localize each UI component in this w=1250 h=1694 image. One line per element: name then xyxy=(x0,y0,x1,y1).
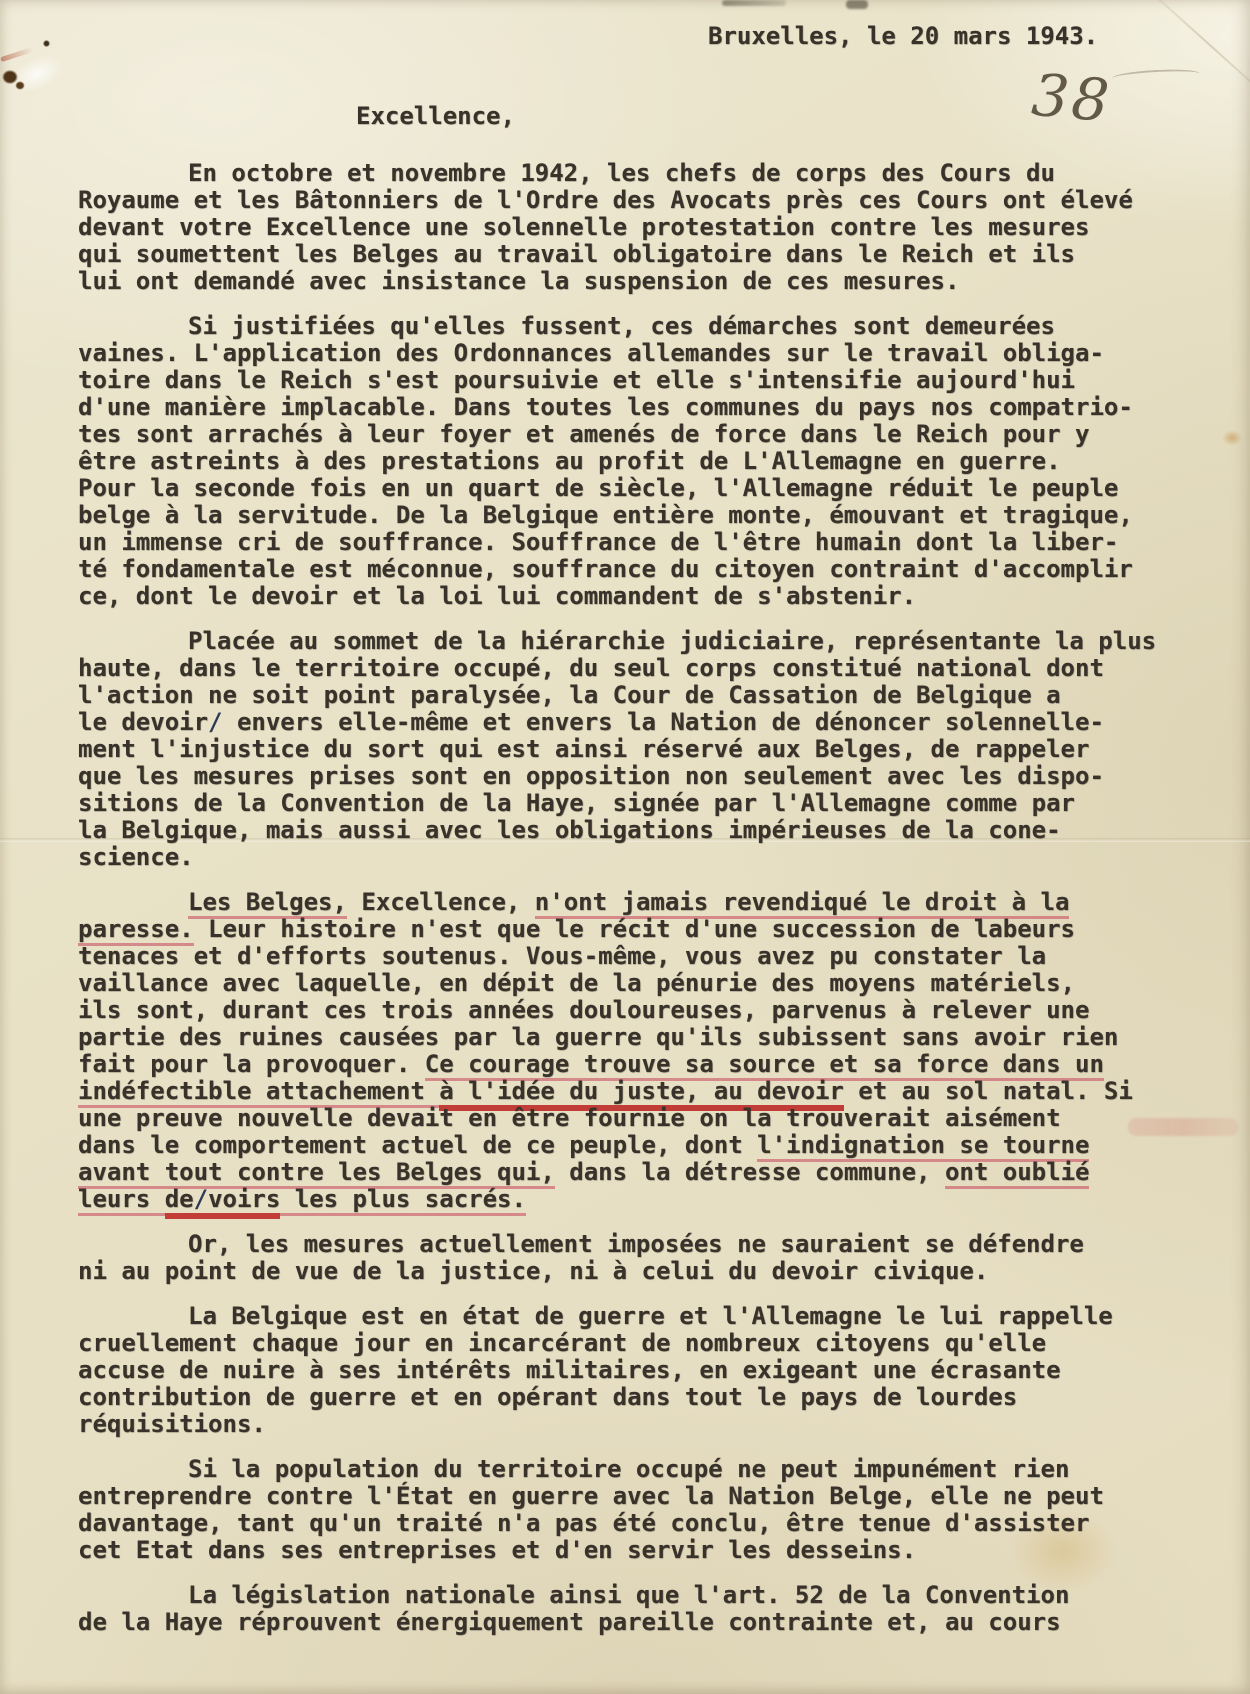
text-segment: belge à la servitude. De la Belgique ent… xyxy=(78,501,1133,529)
underlined-segment: de xyxy=(165,1185,194,1219)
letter-line: davantage, tant qu'un traité n'a pas été… xyxy=(78,1510,1178,1537)
letter-line: lui ont demandé avec insistance la suspe… xyxy=(78,268,1178,295)
letter-line: l'action ne soit point paralysée, la Cou… xyxy=(78,682,1178,709)
letter-paragraph: Si justifiées qu'elles fussent, ces déma… xyxy=(78,313,1178,610)
salutation: Excellence, xyxy=(356,102,515,130)
letter-line: que les mesures prises sont en oppositio… xyxy=(78,763,1178,790)
letter-line: dans le comportement actuel de ce peuple… xyxy=(78,1132,1178,1159)
text-segment: partie des ruines causées par la guerre … xyxy=(78,1023,1118,1051)
letter-line: ce, dont le devoir et la loi lui command… xyxy=(78,583,1178,610)
pen-mark: ∕ xyxy=(194,1185,208,1219)
letter-line: entreprendre contre l'État en guerre ave… xyxy=(78,1483,1178,1510)
text-segment: ils sont, durant ces trois années doulou… xyxy=(78,996,1089,1024)
text-segment: Royaume et les Bâtonniers de l'Ordre des… xyxy=(78,186,1133,214)
stain xyxy=(6,48,68,100)
text-segment: En octobre et novembre 1942, les chefs d… xyxy=(188,159,1055,187)
text-segment: Placée au sommet de la hiérarchie judici… xyxy=(188,627,1156,655)
letter-line: le devoir∕ envers elle-même et envers la… xyxy=(78,709,1178,736)
text-segment: toire dans le Reich s'est poursuivie et … xyxy=(78,366,1075,394)
text-segment: une preuve nouvelle devait en être fourn… xyxy=(78,1104,1061,1132)
letter-line: Pour la seconde fois en un quart de sièc… xyxy=(78,475,1178,502)
letter-line: Les Belges, Excellence, n'ont jamais rev… xyxy=(78,889,1178,916)
letter-line: contribution de guerre et en opérant dan… xyxy=(78,1384,1178,1411)
text-segment: haute, dans le territoire occupé, du seu… xyxy=(78,654,1104,682)
letter-line: ni au point de vue de la justice, ni à c… xyxy=(78,1258,1178,1285)
text-segment: et au sol natal. Si xyxy=(844,1077,1133,1105)
text-segment: contribution de guerre et en opérant dan… xyxy=(78,1383,1017,1411)
stain xyxy=(43,40,50,47)
text-segment: fait pour la provoquer. xyxy=(78,1050,425,1078)
letter-line: La Belgique est en état de guerre et l'A… xyxy=(78,1303,1178,1330)
text-segment: Si justifiées qu'elles fussent, ces déma… xyxy=(188,312,1055,340)
text-segment: d'une manière implacable. Dans toutes le… xyxy=(78,393,1133,421)
text-segment: tes sont arrachés à leur foyer et amenés… xyxy=(78,420,1089,448)
letter-line: devant votre Excellence une solennelle p… xyxy=(78,214,1178,241)
handwritten-page-number: 38 xyxy=(1029,61,1114,136)
text-segment: le devoir xyxy=(78,708,208,736)
letter-line: indéfectible attachement à l'idée du jus… xyxy=(78,1078,1178,1105)
underlined-segment: leurs xyxy=(78,1185,165,1216)
letter-line: Placée au sommet de la hiérarchie judici… xyxy=(78,628,1178,655)
letter-paragraph: Or, les mesures actuellement imposées ne… xyxy=(78,1231,1178,1285)
letter-line: ment l'injustice du sort qui est ainsi r… xyxy=(78,736,1178,763)
stain xyxy=(14,80,26,91)
letter-line: cet Etat dans ses entreprises et d'en se… xyxy=(78,1537,1178,1564)
text-segment: La Belgique est en état de guerre et l'A… xyxy=(188,1302,1113,1330)
text-segment: un immense cri de souffrance. Souffrance… xyxy=(78,528,1118,556)
text-segment: science. xyxy=(78,843,194,871)
corner-crease-line xyxy=(1127,0,1250,119)
text-segment: cruellement chaque jour en incarcérant d… xyxy=(78,1329,1046,1357)
letter-paragraph: En octobre et novembre 1942, les chefs d… xyxy=(78,160,1178,295)
text-segment: qui soumettent les Belges au travail obl… xyxy=(78,240,1075,268)
letter-line: sitions de la Convention de la Haye, sig… xyxy=(78,790,1178,817)
text-segment: réquisitions. xyxy=(78,1410,266,1438)
text-segment: Excellence, xyxy=(347,888,535,916)
text-segment: vaillance avec laquelle, en dépit de la … xyxy=(78,969,1075,997)
text-segment: Si la population du territoire occupé ne… xyxy=(188,1455,1069,1483)
letter-paragraph: Placée au sommet de la hiérarchie judici… xyxy=(78,628,1178,871)
letter-line: Si la population du territoire occupé ne… xyxy=(78,1456,1178,1483)
letter-line: belge à la servitude. De la Belgique ent… xyxy=(78,502,1178,529)
text-segment: sitions de la Convention de la Haye, sig… xyxy=(78,789,1075,817)
text-segment: lui ont demandé avec insistance la suspe… xyxy=(78,267,959,295)
stain xyxy=(846,0,868,9)
text-segment: vaines. L'application des Ordonnances al… xyxy=(78,339,1104,367)
underlined-segment: ont oublié xyxy=(945,1158,1090,1189)
letter-line: tes sont arrachés à leur foyer et amenés… xyxy=(78,421,1178,448)
text-segment: dans la détresse commune, xyxy=(555,1158,945,1186)
letter-line: té fondamentale est méconnue, souffrance… xyxy=(78,556,1178,583)
letter-paragraph: La législation nationale ainsi que l'art… xyxy=(78,1582,1178,1636)
letter-paragraph: Les Belges, Excellence, n'ont jamais rev… xyxy=(78,889,1178,1213)
stain xyxy=(722,0,786,6)
text-segment: ce, dont le devoir et la loi lui command… xyxy=(78,582,916,610)
letter-line: cruellement chaque jour en incarcérant d… xyxy=(78,1330,1178,1357)
letter-line: Si justifiées qu'elles fussent, ces déma… xyxy=(78,313,1178,340)
text-segment: être astreints à des prestations au prof… xyxy=(78,447,1061,475)
text-segment: ment l'injustice du sort qui est ainsi r… xyxy=(78,735,1089,763)
text-segment: l'action ne soit point paralysée, la Cou… xyxy=(78,681,1061,709)
letter-line: avant tout contre les Belges qui, dans l… xyxy=(78,1159,1178,1186)
text-segment: dans le comportement actuel de ce peuple… xyxy=(78,1131,757,1159)
letter-line: Or, les mesures actuellement imposées ne… xyxy=(78,1231,1178,1258)
underlined-segment: les plus sacrés. xyxy=(280,1185,526,1216)
letter-line: vaillance avec laquelle, en dépit de la … xyxy=(78,970,1178,997)
text-segment: Or, les mesures actuellement imposées ne… xyxy=(188,1230,1084,1258)
letter-line: ils sont, durant ces trois années doulou… xyxy=(78,997,1178,1024)
letter-line: réquisitions. xyxy=(78,1411,1178,1438)
letter-line: Royaume et les Bâtonniers de l'Ordre des… xyxy=(78,187,1178,214)
letter-line: partie des ruines causées par la guerre … xyxy=(78,1024,1178,1051)
letter-line: leurs de∕voirs les plus sacrés. xyxy=(78,1186,1178,1213)
letter-paragraph: Si la population du territoire occupé ne… xyxy=(78,1456,1178,1564)
letter-line: haute, dans le territoire occupé, du seu… xyxy=(78,655,1178,682)
letter-line: un immense cri de souffrance. Souffrance… xyxy=(78,529,1178,556)
letter-line: toire dans le Reich s'est poursuivie et … xyxy=(78,367,1178,394)
letter-line: La législation nationale ainsi que l'art… xyxy=(78,1582,1178,1609)
letter-line: qui soumettent les Belges au travail obl… xyxy=(78,241,1178,268)
letter-line: fait pour la provoquer. Ce courage trouv… xyxy=(78,1051,1178,1078)
text-segment: devant votre Excellence une solennelle p… xyxy=(78,213,1089,241)
text-segment: ni au point de vue de la justice, ni à c… xyxy=(78,1257,988,1285)
letter-body: En octobre et novembre 1942, les chefs d… xyxy=(78,160,1178,1654)
text-segment: de la Haye réprouvent énergiquement pare… xyxy=(78,1608,1061,1636)
letter-line: tenaces et d'efforts soutenus. Vous-même… xyxy=(78,943,1178,970)
pen-mark: ∕ xyxy=(208,708,222,736)
letter-line: une preuve nouvelle devait en être fourn… xyxy=(78,1105,1178,1132)
letter-line: la Belgique, mais aussi avec les obligat… xyxy=(78,817,1178,844)
stain xyxy=(0,47,34,62)
letter-line: vaines. L'application des Ordonnances al… xyxy=(78,340,1178,367)
letter-line: science. xyxy=(78,844,1178,871)
letter-line: être astreints à des prestations au prof… xyxy=(78,448,1178,475)
letter-line: d'une manière implacable. Dans toutes le… xyxy=(78,394,1178,421)
text-segment: Pour la seconde fois en un quart de sièc… xyxy=(78,474,1118,502)
stain xyxy=(0,68,20,86)
letter-line: paresse. Leur histoire n'est que le réci… xyxy=(78,916,1178,943)
text-segment: Leur histoire n'est que le récit d'une s… xyxy=(194,915,1075,943)
dateline: Bruxelles, le 20 mars 1943. xyxy=(708,22,1098,50)
letter-line: accuse de nuire à ses intérêts militaire… xyxy=(78,1357,1178,1384)
text-segment: té fondamentale est méconnue, souffrance… xyxy=(78,555,1133,583)
letter-sheet: Bruxelles, le 20 mars 1943. 38 Excellenc… xyxy=(0,0,1250,1694)
letter-line: de la Haye réprouvent énergiquement pare… xyxy=(78,1609,1178,1636)
text-segment: tenaces et d'efforts soutenus. Vous-même… xyxy=(78,942,1046,970)
text-segment: La législation nationale ainsi que l'art… xyxy=(188,1581,1069,1609)
text-segment: cet Etat dans ses entreprises et d'en se… xyxy=(78,1536,916,1564)
text-segment: que les mesures prises sont en oppositio… xyxy=(78,762,1104,790)
text-segment: davantage, tant qu'un traité n'a pas été… xyxy=(78,1509,1089,1537)
text-segment: la Belgique, mais aussi avec les obligat… xyxy=(78,816,1061,844)
text-segment: envers elle-même et envers la Nation de … xyxy=(223,708,1104,736)
underlined-segment: voirs xyxy=(208,1185,280,1219)
letter-paragraph: La Belgique est en état de guerre et l'A… xyxy=(78,1303,1178,1438)
pencil-squiggle xyxy=(1112,68,1201,85)
text-segment: entreprendre contre l'État en guerre ave… xyxy=(78,1482,1104,1510)
stain xyxy=(1222,430,1242,446)
text-segment: accuse de nuire à ses intérêts militaire… xyxy=(78,1356,1061,1384)
letter-line: En octobre et novembre 1942, les chefs d… xyxy=(78,160,1178,187)
